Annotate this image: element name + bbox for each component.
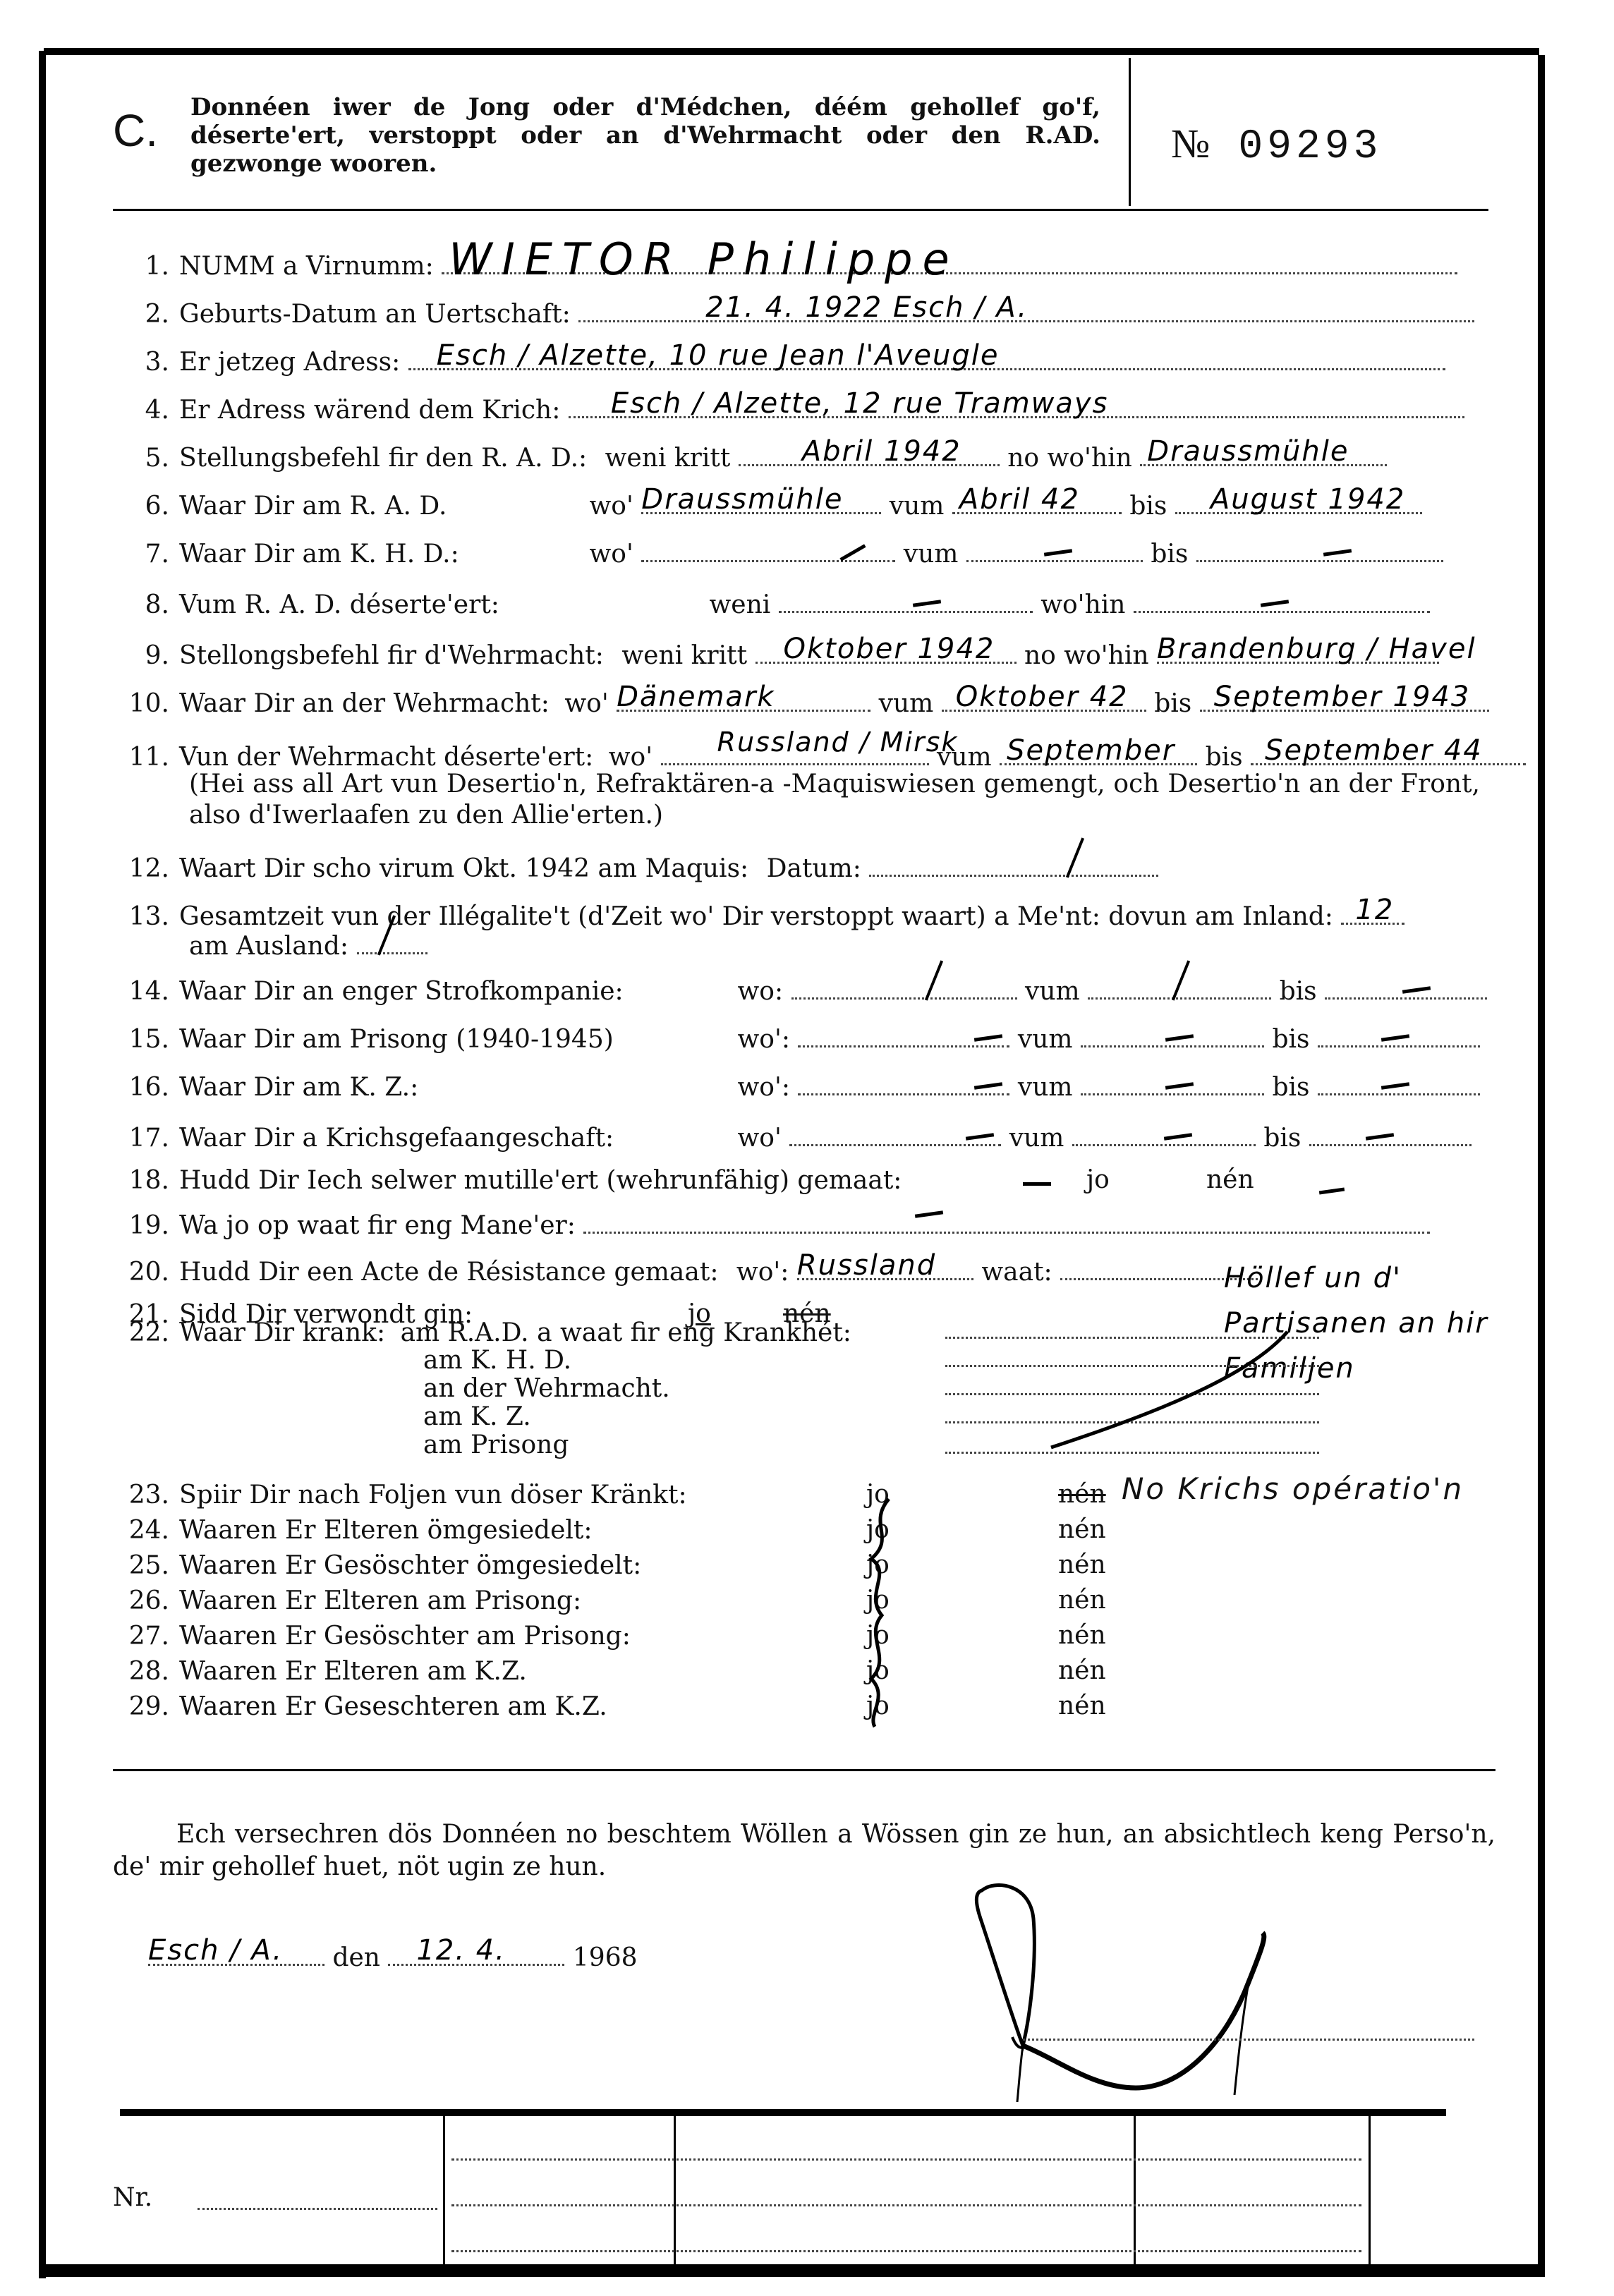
sick-sub-kz: am K. Z. [423,1402,531,1431]
frame-right-border [1538,55,1545,2270]
dash-mark [974,1082,1002,1090]
footer-col-divider [1369,2116,1371,2264]
no-option-28[interactable]: nén [1058,1656,1106,1685]
field-18-self-mutilation: 18.Hudd Dir Iech selwer mutille'ert (weh… [113,1165,902,1196]
field-2-birth: 2.Geburts-Datum an Uertschaft: 21. 4. 19… [113,296,1474,330]
no-option-29[interactable]: nén [1058,1691,1106,1720]
dash-mark [1319,1188,1345,1195]
field-24: 24.Waaren Er Elteren ömgesiedelt: [113,1515,593,1546]
kz-where-input[interactable] [798,1069,1009,1095]
field-13-abroad: am Ausland: [189,928,427,962]
sick-sub-khd: am K. H. D. [423,1346,571,1375]
sick-sub-prison: am Prisong [423,1431,569,1459]
dash-mark [1402,986,1431,994]
nr-input[interactable] [198,2208,437,2210]
dash-mark [1381,1082,1409,1090]
section-letter: C. [113,104,158,157]
dash-mark [915,1210,943,1218]
khd-from-input[interactable] [966,536,1143,562]
field-10-wehrmacht: 10.Waar Dir an der Wehrmacht: wo' Dänema… [113,686,1489,719]
no-option-25[interactable]: nén [1058,1550,1106,1579]
field-20-resistance: 20.Hudd Dir een Acte de Résistance gemaa… [113,1254,1258,1288]
no-option-24[interactable]: nén [1058,1515,1106,1544]
field-5-rad-order: 5.Stellungsbefehl fir den R. A. D.: weni… [113,440,1387,474]
current-address-input[interactable]: Esch / Alzette, 10 rue Jean l'Aveugle [408,344,1445,370]
consequence-note: No Krichs opératio'n [1122,1471,1464,1506]
dash-mark [1044,549,1072,557]
kz-from-input[interactable] [1081,1069,1264,1095]
declaration-text: Ech versechren dös Donnéen no beschtem W… [113,1818,1495,1883]
desertion-where-input[interactable]: Russland / Mirsk [661,739,929,765]
no-option-27[interactable]: nén [1058,1621,1106,1650]
rad-order-date-input[interactable]: Abril 1942 [739,440,1000,466]
form-title: Donnéen iwer de Jong oder d'Médchen, déé… [190,93,1100,178]
frame-left-border [39,51,46,2278]
place-date-row: Esch / A. den 12. 4. 1968 [148,1940,638,1972]
penal-to-input[interactable] [1325,973,1487,1000]
rad-desertion-where-input[interactable] [1134,587,1430,613]
dash-mark [1323,549,1352,557]
yes-option-18[interactable]: jo [1086,1165,1110,1194]
dash-mark [840,544,866,561]
footer-row-2-input[interactable] [451,2204,1361,2206]
prison-to-input[interactable] [1318,1021,1480,1047]
no-option-18[interactable]: nén [1206,1165,1254,1194]
desertion-from-input[interactable]: September [1000,739,1197,765]
field-23-consequences: 23.Spiir Dir nach Foljen vun döser Kränk… [113,1480,687,1511]
birth-input[interactable]: 21. 4. 1922 Esch / A. [578,296,1474,322]
khd-to-input[interactable] [1196,536,1443,562]
khd-where-input[interactable] [641,536,895,562]
rad-from-input[interactable]: Abril 42 [952,488,1122,514]
slash-mark [1066,837,1084,877]
signature-line [1023,2039,1474,2041]
dash-mark [966,1133,994,1141]
header-rule [113,209,1488,211]
field-22-sick: 22.Waar Dir krank: am R.A.D. a waat fir … [113,1318,851,1349]
desertion-to-input[interactable]: September 44 [1251,739,1526,765]
wehrmacht-order-date-input[interactable]: Oktober 1942 [756,638,1017,664]
rad-to-input[interactable]: August 1942 [1175,488,1422,514]
strike-through-mark [1044,1326,1298,1453]
footer-col-divider [1134,2116,1136,2264]
wehrmacht-where-input[interactable]: Dänemark [617,686,870,712]
slash-mark [1172,960,1190,1000]
resistance-where-input[interactable]: Russland [797,1254,973,1280]
desertion-note: (Hei ass all Art vun Desertio'n, Refrakt… [189,769,1480,831]
field-29: 29.Waaren Er Geseschteren am K.Z. [113,1691,607,1723]
dash-mark [1366,1133,1394,1141]
field-14-penal-company: 14.Waar Dir an enger Strofkompanie: wo: … [113,973,1487,1007]
dash-mark [974,1034,1002,1042]
abroad-months-input[interactable] [357,928,427,954]
field-28: 28.Waaren Er Elteren am K.Z. [113,1656,527,1687]
field-7-khd: 7.Waar Dir am K. H. D.: wo' vum bis [113,536,1443,570]
wehrmacht-to-input[interactable]: September 1943 [1200,686,1489,712]
field-6-rad: 6.Waar Dir am R. A. D. wo' Draussmühle v… [113,488,1422,522]
footer-row-3-input[interactable] [451,2250,1361,2252]
rad-where-input[interactable]: Draussmühle [641,488,881,514]
maquis-date-input[interactable] [869,851,1158,877]
inland-months-input[interactable]: 12 [1341,899,1404,925]
frame-top-border [44,48,1539,55]
dash-mark [913,600,941,607]
prison-from-input[interactable] [1081,1021,1264,1047]
signature[interactable] [952,1876,1376,2102]
date-input[interactable]: 12. 4. [388,1940,564,1966]
dash-mark [1023,1182,1051,1186]
field-19-how: 19.Wa jo op waat fir eng Mane'er: [113,1208,1430,1241]
prison-where-input[interactable] [798,1021,1009,1047]
field-8-rad-desertion: 8.Vum R. A. D. déserte'ert: weni wo'hin [113,587,1430,621]
rad-desertion-when-input[interactable] [779,587,1033,613]
wehrmacht-from-input[interactable]: Oktober 42 [942,686,1146,712]
wehrmacht-order-destination-input[interactable]: Brandenburg / Havel [1157,638,1439,664]
field-11-wehrmacht-desertion: 11.Vun der Wehrmacht déserte'ert: wo' Ru… [113,739,1526,773]
field-4-war-address: 4.Er Adress wärend dem Krich: Esch / Alz… [113,392,1464,426]
header-divider [1129,58,1131,206]
dash-mark [1261,600,1289,607]
rad-order-destination-input[interactable]: Draussmühle [1140,440,1387,466]
form-number-value: 09293 [1238,124,1382,170]
penal-where-input[interactable] [791,973,1017,1000]
how-input[interactable] [583,1208,1430,1234]
field-1-name: 1.NUMM a Virnumm: WIETOR Philippe [113,248,1457,282]
dash-mark [1165,1034,1194,1042]
place-input[interactable]: Esch / A. [148,1940,324,1966]
dash-mark [1381,1034,1409,1042]
field-15-prison: 15.Waar Dir am Prisong (1940-1945) wo': … [113,1021,1480,1055]
footer-row-1-input[interactable] [451,2158,1361,2161]
field-9-wehrmacht-order: 9.Stellongsbefehl fir d'Wehrmacht: weni … [113,638,1439,672]
war-address-input[interactable]: Esch / Alzette, 12 rue Tramways [569,392,1464,418]
dash-mark [1164,1133,1192,1141]
penal-from-input[interactable] [1088,973,1271,1000]
pow-from-input[interactable] [1072,1120,1256,1146]
field-16-kz: 16.Waar Dir am K. Z.: wo': vum bis [113,1069,1480,1103]
footer-table-bottom [42,2264,1545,2271]
dash-mark [1165,1082,1194,1090]
pow-where-input[interactable] [789,1120,1001,1146]
pow-to-input[interactable] [1309,1120,1472,1146]
field-17-pow: 17.Waar Dir a Krichsgefaangeschaft: wo' … [113,1120,1472,1154]
kz-to-input[interactable] [1318,1069,1480,1095]
field-label: NUMM a Virnumm: [179,252,434,281]
footer-table-top [120,2109,1446,2116]
nr-label: Nr. [113,2183,152,2212]
declaration-rule [113,1769,1495,1771]
slash-mark [924,960,942,1000]
jo-strike-scribble [854,1495,910,1728]
field-26: 26.Waaren Er Elteren am Prisong: [113,1586,581,1617]
field-25: 25.Waaren Er Gesöschter ömgesiedelt: [113,1550,641,1581]
footer-col-divider [674,2116,676,2264]
field-12-maquis: 12.Waart Dir scho virum Okt. 1942 am Maq… [113,851,1158,885]
footer-col-divider [443,2116,445,2264]
form-number: №09293 [1171,120,1382,170]
field-3-address: 3.Er jetzeg Adress: Esch / Alzette, 10 r… [113,344,1445,378]
sick-sub-wehrmacht: an der Wehrmacht. [423,1374,670,1403]
no-option-26[interactable]: nén [1058,1586,1106,1615]
no-option-23[interactable]: nén [1058,1480,1106,1509]
field-27: 27.Waaren Er Gesöschter am Prisong: [113,1621,631,1652]
name-input[interactable]: WIETOR Philippe [442,248,1457,274]
number-symbol: № [1171,121,1210,166]
field-13-illegality: 13.Gesamtzeit vun der Illégalite't (d'Ze… [113,899,1404,933]
